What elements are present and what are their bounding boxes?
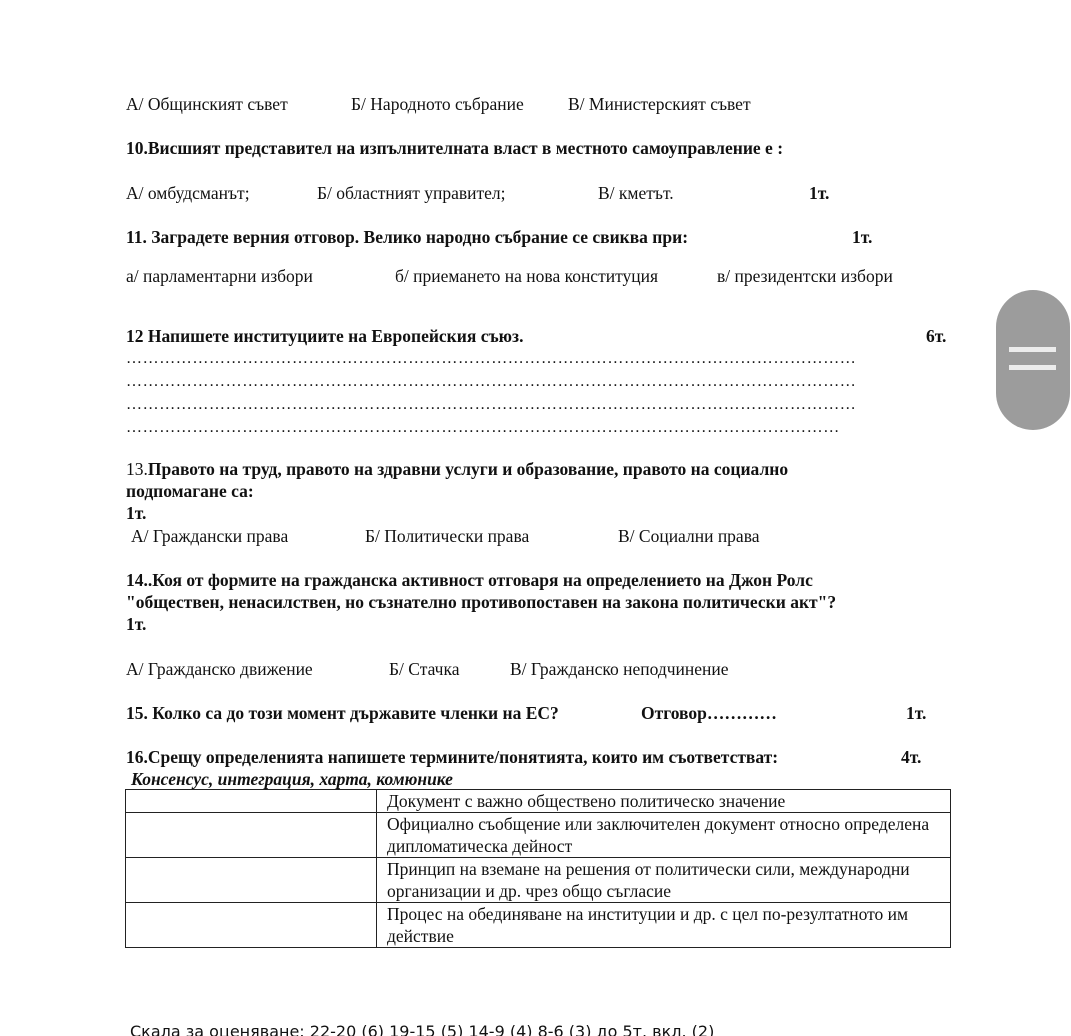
q11-option-b: б/ приемането на нова конституция xyxy=(395,266,658,287)
q14-title-line-2: "обществен, ненасилствен, но съзнателно … xyxy=(126,592,836,613)
answer-cell[interactable] xyxy=(126,903,377,948)
q15-points: 1т. xyxy=(906,703,926,724)
table-row: Официално съобщение или заключителен док… xyxy=(126,813,951,858)
q12-points: 6т. xyxy=(926,326,946,347)
answer-cell[interactable] xyxy=(126,858,377,903)
q11-option-a: а/ парламентарни избори xyxy=(126,266,313,287)
q15-title: 15. Колко са до този момент държавите чл… xyxy=(126,703,559,724)
q14-points: 1т. xyxy=(126,614,146,635)
q13-option-c: В/ Социални права xyxy=(618,526,760,547)
q16-title: 16.Срещу определенията напишете терминит… xyxy=(126,747,778,768)
q10-option-a: А/ омбудсманът; xyxy=(126,183,250,204)
q12-title: 12 Напишете институциите на Европейския … xyxy=(126,326,523,347)
q13-title-line-1: 13.Правото на труд, правото на здравни у… xyxy=(126,459,788,480)
q10-title: 10.Висшият представител на изпълнителнат… xyxy=(126,138,783,159)
definition-cell: Процес на обединяване на институции и др… xyxy=(377,903,951,948)
q10-option-c: В/ кметът. xyxy=(598,183,674,204)
definition-cell: Официално съобщение или заключителен док… xyxy=(377,813,951,858)
q13-option-a: А/ Граждански права xyxy=(131,526,288,547)
q12-answer-line-3: …………………………………………………………………………………………………………… xyxy=(126,396,946,414)
q14-option-b: Б/ Стачка xyxy=(389,659,459,680)
q16-terms-table: Документ с важно обществено политическо … xyxy=(125,789,951,948)
q9-option-a: А/ Общинският съвет xyxy=(126,94,288,115)
q16-terms-list: Консенсус, интеграция, харта, комюнике xyxy=(131,769,453,790)
q15-answer-field: Отговор………… xyxy=(641,703,777,724)
scroll-handle[interactable] xyxy=(996,290,1070,430)
q9-option-b: Б/ Народното събрание xyxy=(351,94,524,115)
q13-option-b: Б/ Политически права xyxy=(365,526,529,547)
q10-points: 1т. xyxy=(809,183,829,204)
q10-option-b: Б/ областният управител; xyxy=(317,183,506,204)
q12-answer-line-4: …………………………………………………………………………………………………………… xyxy=(126,419,926,437)
definition-cell: Документ с важно обществено политическо … xyxy=(377,790,951,813)
q13-title-line-2: подпомагане са: xyxy=(126,481,254,502)
answer-cell[interactable] xyxy=(126,790,377,813)
q14-title-line-1: 14..Коя от формите на гражданска активно… xyxy=(126,570,813,591)
q12-answer-line-1: …………………………………………………………………………………………………………… xyxy=(126,350,946,368)
q11-option-c: в/ президентски избори xyxy=(717,266,893,287)
q13-title-text: Правото на труд, правото на здравни услу… xyxy=(148,459,788,479)
q13-number: 13. xyxy=(126,459,148,479)
q14-option-a: А/ Гражданско движение xyxy=(126,659,313,680)
table-row: Процес на обединяване на институции и др… xyxy=(126,903,951,948)
q16-points: 4т. xyxy=(901,747,921,768)
q11-title: 11. Заградете верния отговор. Велико нар… xyxy=(126,227,688,248)
q14-option-c: В/ Гражданско неподчинение xyxy=(510,659,729,680)
table-row: Документ с важно обществено политическо … xyxy=(126,790,951,813)
table-row: Принцип на вземане на решения от политич… xyxy=(126,858,951,903)
q11-points: 1т. xyxy=(852,227,872,248)
q13-points: 1т. xyxy=(126,503,146,524)
q12-answer-line-2: …………………………………………………………………………………………………………… xyxy=(126,373,946,391)
grading-scale: Скала за оценяване: 22-20 (6) 19-15 (5) … xyxy=(130,1022,714,1036)
answer-cell[interactable] xyxy=(126,813,377,858)
q9-option-c: В/ Министерският съвет xyxy=(568,94,751,115)
definition-cell: Принцип на вземане на решения от политич… xyxy=(377,858,951,903)
